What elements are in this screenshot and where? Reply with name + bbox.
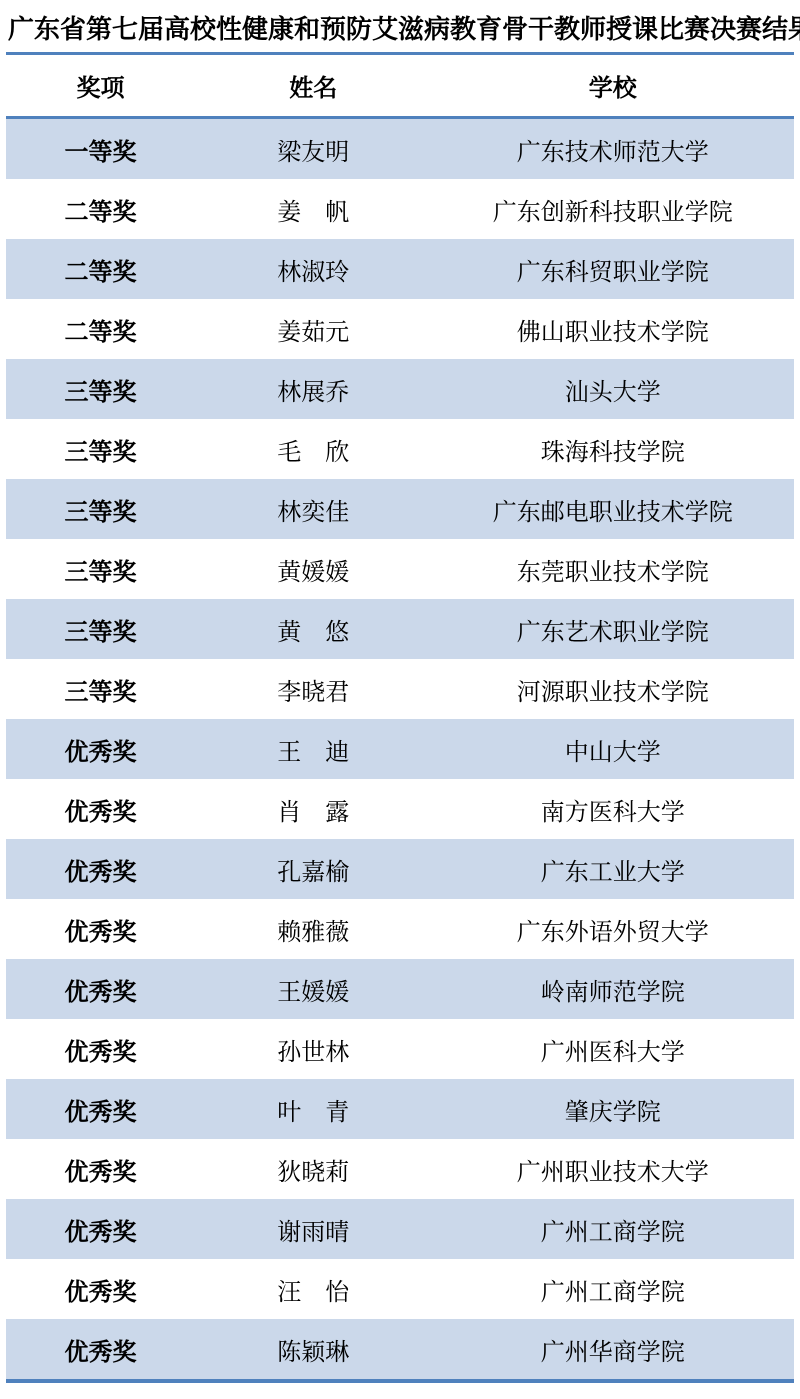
award-cell: 优秀奖 (6, 1139, 195, 1199)
table-row: 优秀奖孙世林广州医科大学 (6, 1019, 794, 1079)
table-row: 二等奖姜茹元佛山职业技术学院 (6, 299, 794, 359)
school-cell: 东莞职业技术学院 (432, 539, 795, 599)
table-row: 二等奖姜 帆广东创新科技职业学院 (6, 179, 794, 239)
table-row: 优秀奖肖 露南方医科大学 (6, 779, 794, 839)
name-cell: 黄媛媛 (195, 539, 431, 599)
school-cell: 南方医科大学 (432, 779, 795, 839)
school-cell: 广州医科大学 (432, 1019, 795, 1079)
school-cell: 河源职业技术学院 (432, 659, 795, 719)
award-cell: 三等奖 (6, 659, 195, 719)
school-cell: 广州职业技术大学 (432, 1139, 795, 1199)
name-cell: 姜 帆 (195, 179, 431, 239)
name-cell: 林奕佳 (195, 479, 431, 539)
name-cell: 王媛媛 (195, 959, 431, 1019)
school-cell: 广东创新科技职业学院 (432, 179, 795, 239)
table-row: 优秀奖赖雅薇广东外语外贸大学 (6, 899, 794, 959)
table-row: 优秀奖王媛媛岭南师范学院 (6, 959, 794, 1019)
award-cell: 二等奖 (6, 239, 195, 299)
award-cell: 优秀奖 (6, 1319, 195, 1381)
table-row: 优秀奖陈颖琳广州华商学院 (6, 1319, 794, 1381)
header-row: 奖项 姓名 学校 (6, 55, 794, 118)
header-school: 学校 (432, 55, 795, 118)
name-cell: 姜茹元 (195, 299, 431, 359)
school-cell: 广东邮电职业技术学院 (432, 479, 795, 539)
table-row: 优秀奖谢雨晴广州工商学院 (6, 1199, 794, 1259)
table-body: 一等奖梁友明广东技术师范大学二等奖姜 帆广东创新科技职业学院二等奖林淑玲广东科贸… (6, 118, 794, 1382)
name-cell: 陈颖琳 (195, 1319, 431, 1381)
award-cell: 优秀奖 (6, 779, 195, 839)
award-cell: 二等奖 (6, 299, 195, 359)
award-cell: 三等奖 (6, 359, 195, 419)
name-cell: 孙世林 (195, 1019, 431, 1079)
award-cell: 优秀奖 (6, 1079, 195, 1139)
table-row: 优秀奖孔嘉榆广东工业大学 (6, 839, 794, 899)
name-cell: 狄晓莉 (195, 1139, 431, 1199)
school-cell: 岭南师范学院 (432, 959, 795, 1019)
school-cell: 广东工业大学 (432, 839, 795, 899)
school-cell: 广州工商学院 (432, 1199, 795, 1259)
name-cell: 谢雨晴 (195, 1199, 431, 1259)
table-row: 优秀奖汪 怡广州工商学院 (6, 1259, 794, 1319)
award-cell: 一等奖 (6, 118, 195, 180)
school-cell: 广州工商学院 (432, 1259, 795, 1319)
award-cell: 三等奖 (6, 539, 195, 599)
name-cell: 毛 欣 (195, 419, 431, 479)
school-cell: 广东科贸职业学院 (432, 239, 795, 299)
name-cell: 王 迪 (195, 719, 431, 779)
school-cell: 中山大学 (432, 719, 795, 779)
table-row: 三等奖林展乔汕头大学 (6, 359, 794, 419)
school-cell: 广东技术师范大学 (432, 118, 795, 180)
table-row: 三等奖林奕佳广东邮电职业技术学院 (6, 479, 794, 539)
award-cell: 三等奖 (6, 599, 195, 659)
award-cell: 优秀奖 (6, 1199, 195, 1259)
name-cell: 赖雅薇 (195, 899, 431, 959)
table-row: 三等奖李晓君河源职业技术学院 (6, 659, 794, 719)
table-row: 一等奖梁友明广东技术师范大学 (6, 118, 794, 180)
name-cell: 李晓君 (195, 659, 431, 719)
table-row: 三等奖黄 悠广东艺术职业学院 (6, 599, 794, 659)
award-cell: 三等奖 (6, 479, 195, 539)
school-cell: 肇庆学院 (432, 1079, 795, 1139)
name-cell: 汪 怡 (195, 1259, 431, 1319)
name-cell: 黄 悠 (195, 599, 431, 659)
name-cell: 梁友明 (195, 118, 431, 180)
page-title: 广东省第七届高校性健康和预防艾滋病教育骨干教师授课比赛决赛结果 (8, 15, 794, 45)
school-cell: 广州华商学院 (432, 1319, 795, 1381)
table-row: 优秀奖王 迪中山大学 (6, 719, 794, 779)
table-row: 优秀奖叶 青肇庆学院 (6, 1079, 794, 1139)
name-cell: 肖 露 (195, 779, 431, 839)
award-cell: 优秀奖 (6, 1259, 195, 1319)
name-cell: 林展乔 (195, 359, 431, 419)
name-cell: 孔嘉榆 (195, 839, 431, 899)
award-cell: 优秀奖 (6, 839, 195, 899)
table-row: 优秀奖狄晓莉广州职业技术大学 (6, 1139, 794, 1199)
header-name: 姓名 (195, 55, 431, 118)
award-cell: 优秀奖 (6, 719, 195, 779)
award-cell: 优秀奖 (6, 1019, 195, 1079)
table-row: 三等奖毛 欣珠海科技学院 (6, 419, 794, 479)
school-cell: 珠海科技学院 (432, 419, 795, 479)
award-cell: 优秀奖 (6, 899, 195, 959)
award-cell: 三等奖 (6, 419, 195, 479)
school-cell: 广东外语外贸大学 (432, 899, 795, 959)
award-cell: 优秀奖 (6, 959, 195, 1019)
header-award: 奖项 (6, 55, 195, 118)
results-table: 奖项 姓名 学校 一等奖梁友明广东技术师范大学二等奖姜 帆广东创新科技职业学院二… (6, 55, 794, 1383)
name-cell: 林淑玲 (195, 239, 431, 299)
school-cell: 佛山职业技术学院 (432, 299, 795, 359)
school-cell: 汕头大学 (432, 359, 795, 419)
name-cell: 叶 青 (195, 1079, 431, 1139)
table-row: 三等奖黄媛媛东莞职业技术学院 (6, 539, 794, 599)
table-header: 奖项 姓名 学校 (6, 55, 794, 118)
school-cell: 广东艺术职业学院 (432, 599, 795, 659)
table-row: 二等奖林淑玲广东科贸职业学院 (6, 239, 794, 299)
document-page: 广东省第七届高校性健康和预防艾滋病教育骨干教师授课比赛决赛结果 奖项 姓名 学校… (0, 15, 800, 1383)
award-cell: 二等奖 (6, 179, 195, 239)
